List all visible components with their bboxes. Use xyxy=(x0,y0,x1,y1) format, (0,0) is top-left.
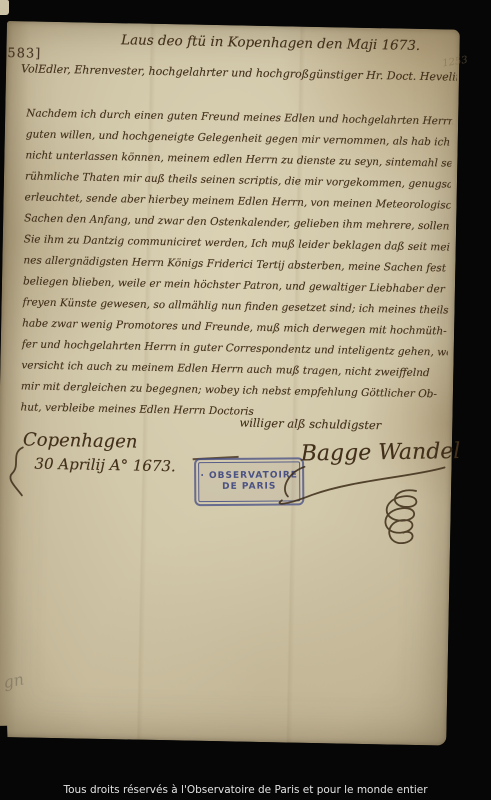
letter-body: Nachdem ich durch einen guten Freund mei… xyxy=(20,103,452,426)
pencil-number: 1253 xyxy=(442,55,469,70)
signature-name: Bagge Wandel xyxy=(301,439,461,467)
archival-number: 583] xyxy=(7,46,41,62)
stamp-line-2: DE PARIS xyxy=(222,482,276,493)
date-dash-stroke xyxy=(193,456,239,460)
manuscript-page: 583] 1253 Laus deo ftü in Kopenhagen den… xyxy=(0,21,460,746)
pencil-note: gn xyxy=(2,669,26,692)
signature-paraph-flourish xyxy=(373,484,434,560)
copyright-caption: Tous droits réservés à l'Observatoire de… xyxy=(0,784,491,796)
torn-corner-notch xyxy=(0,726,8,741)
letter-salutation: VolEdler, Ehrenvester, hochgelahrter und… xyxy=(21,62,457,83)
signature-block: Bagge Wandel xyxy=(272,430,455,578)
date-value: 30 Aprilij A° 1673. xyxy=(34,455,176,476)
dateline: Copenhagen 30 Aprilij A° 1673. xyxy=(5,429,235,433)
brace-flourish xyxy=(6,445,27,497)
place-name: Copenhagen xyxy=(23,429,138,452)
letter-heading: Laus deo ftü in Kopenhagen den Maji 1673… xyxy=(103,32,439,54)
photographed-manuscript: 583] 1253 Laus deo ftü in Kopenhagen den… xyxy=(0,0,491,800)
page-corner-tab xyxy=(0,0,9,15)
